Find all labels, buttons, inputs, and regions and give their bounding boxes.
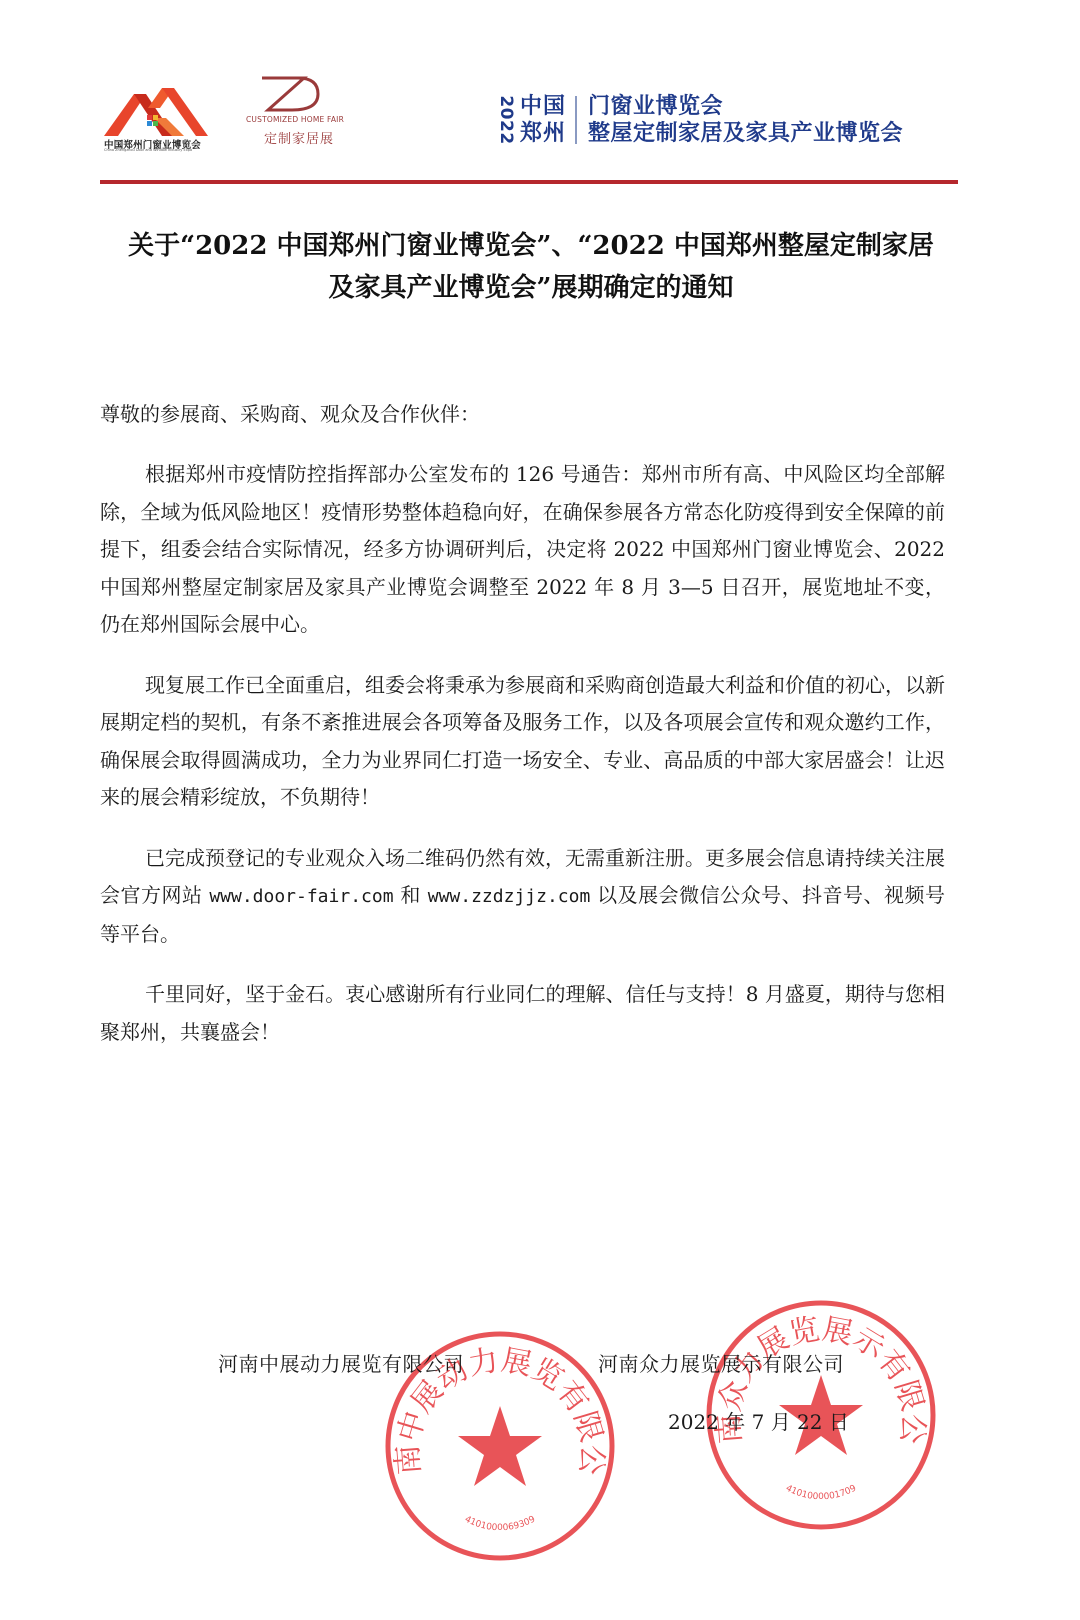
paragraph-registration: 已完成预登记的专业观众入场二维码仍然有效，无需重新注册。更多展会信息请持续关注展…: [100, 840, 945, 954]
svg-text:4101000069309: 4101000069309: [463, 1514, 537, 1533]
website-link-zzdzjjz[interactable]: www.zzdzjjz.com: [428, 886, 591, 907]
notice-body: 根据郑州市疫情防控指挥部办公室发布的 126 号通告：郑州市所有高、中风险区均全…: [100, 456, 945, 1074]
paragraph-preparation: 现复展工作已全面重启，组委会将秉承为参展商和采购商创造最大利益和价值的初心，以新…: [100, 667, 945, 817]
brand-divider: [575, 96, 577, 144]
fair-names: 门窗业博览会 整屋定制家居及家具产业博览会: [588, 93, 903, 147]
signature-date: 2022 年 7 月 22 日: [668, 1406, 849, 1435]
title-line-1: 关于“2022 中国郑州门窗业博览会”、“2022 中国郑州整屋定制家居: [96, 225, 966, 267]
fair-location: 中国 郑州: [520, 93, 566, 147]
title-line-2: 及家具产业博览会”展期确定的通知: [96, 267, 966, 309]
door-fair-logo-subcaption: China Zhengzhou Door and Window Industry…: [104, 148, 214, 152]
header-rule: [100, 180, 958, 184]
fair-year-vertical: 2022: [496, 92, 516, 148]
svg-text:4101000001709: 4101000001709: [784, 1483, 858, 1502]
document-title: 关于“2022 中国郑州门窗业博览会”、“2022 中国郑州整屋定制家居 及家具…: [96, 225, 966, 309]
signatory-company-left: 河南中展动力展览有限公司: [218, 1348, 464, 1377]
salutation: 尊敬的参展商、采购商、观众及合作伙伴：: [100, 398, 480, 427]
signatory-company-right: 河南众力展览展示有限公司: [598, 1348, 844, 1377]
letterhead: 中国郑州门窗业博览会 China Zhengzhou Door and Wind…: [0, 0, 1080, 190]
custom-home-fair-en: CUSTOMIZED HOME FAIR: [246, 115, 344, 124]
paragraph-reschedule: 根据郑州市疫情防控指挥部办公室发布的 126 号通告：郑州市所有高、中风险区均全…: [100, 456, 945, 644]
website-link-door-fair[interactable]: www.door-fair.com: [209, 886, 393, 907]
custom-home-fair-cn: 定制家居展: [264, 128, 334, 147]
paragraph-closing: 千里同好，坚于金石。衷心感谢所有行业同仁的理解、信任与支持！8 月盛夏，期待与您…: [100, 976, 945, 1051]
